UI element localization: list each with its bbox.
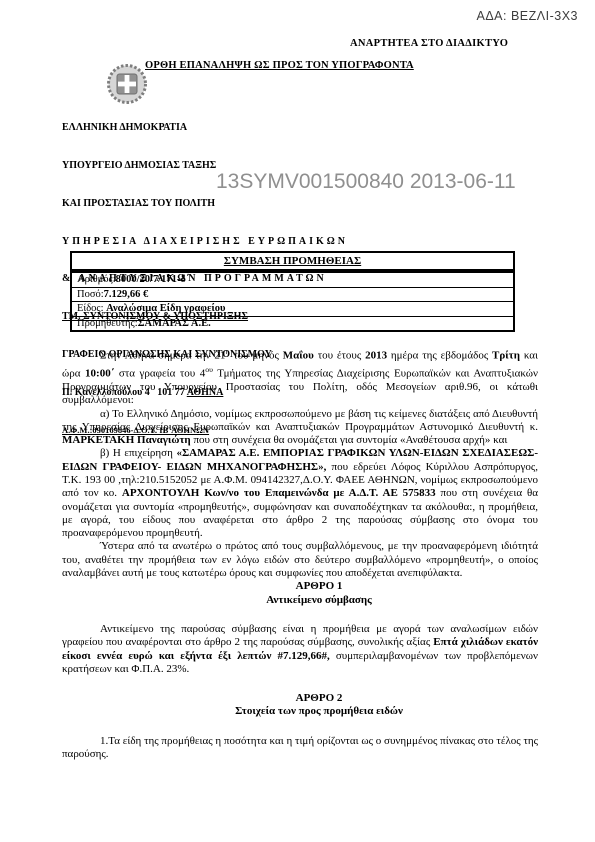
row-value: Αναλώσιμα Είδη γραφείου xyxy=(106,303,225,314)
row-label: Προμηθευτής: xyxy=(77,318,138,329)
row-value: ΣΑΜΑΡΑΣ Α.Ε. xyxy=(138,318,211,329)
contract-summary-table: ΣΥΜΒΑΣΗ ΠΡΟΜΗΘΕΙΑΣ Αριθμός:8000/20/7/171… xyxy=(70,251,515,332)
paragraph-party-b: β) Η επιχείρηση «ΣΑΜΑΡΑΣ Α.Ε. ΕΜΠΟΡΙΑΣ Γ… xyxy=(62,447,538,540)
article-2-subtitle: Στοιχεία των προς προμήθεια ειδών xyxy=(62,705,538,718)
article-1-subtitle: Αντικείμενο σύμβασης xyxy=(62,594,538,607)
table-title: ΣΥΜΒΑΣΗ ΠΡΟΜΗΘΕΙΑΣ xyxy=(224,255,361,267)
orthi-epanalipsi-heading: ΟΡΘΗ ΕΠΑΝΑΛΗΨΗ ΩΣ ΠΡΟΣ ΤΟΝ ΥΠΟΓΡΑΦΟΝΤΑ xyxy=(145,60,414,71)
row-label: Είδος: xyxy=(77,303,106,314)
article-2-title: ΑΡΘΡΟ 2 xyxy=(62,692,538,705)
agency-line: ΥΠΗΡΕΣΙΑ ΔΙΑΧΕΙΡΙΣΗΣ ΕΥΡΩΠΑΙΚΩΝ xyxy=(62,236,348,249)
article-1-title: ΑΡΘΡΟ 1 xyxy=(62,580,538,593)
agency-line: ΕΛΛΗΝΙΚΗ ΔΗΜΟΚΡΑΤΙΑ xyxy=(62,122,348,135)
anartitea-label: ΑΝΑΡΤΗΤΕΑ ΣΤΟ ΔΙΑΔΙΚΤΥΟ xyxy=(350,38,508,49)
article-2-paragraph: 1.Τα είδη της προμήθειας η ποσότητα και … xyxy=(62,735,538,762)
table-row: Ποσό:7.129,66 € xyxy=(72,287,513,302)
table-title-row: ΣΥΜΒΑΣΗ ΠΡΟΜΗΘΕΙΑΣ xyxy=(72,253,513,272)
diavgeia-watermark: 13SYMV001500840 2013-06-11 xyxy=(216,170,516,194)
table-row: Είδος: Αναλώσιμα Είδη γραφείου xyxy=(72,301,513,316)
row-value: 7.129,66 € xyxy=(104,289,149,300)
row-value: 8000/20/7/171-δ΄ xyxy=(116,274,190,285)
row-label: Αριθμός: xyxy=(77,274,116,285)
agency-line: ΚΑΙ ΠΡΟΣΤΑΣΙΑΣ ΤΟΥ ΠΟΛΙΤΗ xyxy=(62,198,348,211)
paragraph-intro: Στην Αθήνα σήμερα την 21η του μηνός Μαΐο… xyxy=(62,345,538,408)
table-row: Προμηθευτής:ΣΑΜΑΡΑΣ Α.Ε. xyxy=(72,316,513,331)
document-page: ΑΔΑ: ΒΕΖΛΙ-3Χ3 ΑΝΑΡΤΗΤΕΑ ΣΤΟ ΔΙΑΔΙΚΤΥΟ Ο… xyxy=(0,0,595,842)
table-row: Αριθμός:8000/20/7/171-δ΄ xyxy=(72,272,513,287)
ada-code: ΑΔΑ: ΒΕΖΛΙ-3Χ3 xyxy=(476,9,578,23)
row-label: Ποσό: xyxy=(77,289,104,300)
contract-body: Στην Αθήνα σήμερα την 21η του μηνός Μαΐο… xyxy=(62,345,538,761)
paragraph-party-a: α) Το Ελληνικό Δημόσιο, νομίμως εκπροσωπ… xyxy=(62,408,538,448)
paragraph-ystera: Ύστερα από τα ανωτέρω ο πρώτος από τους … xyxy=(62,540,538,580)
article-1-paragraph: Αντικείμενο της παρούσας σύμβασης είναι … xyxy=(62,623,538,676)
